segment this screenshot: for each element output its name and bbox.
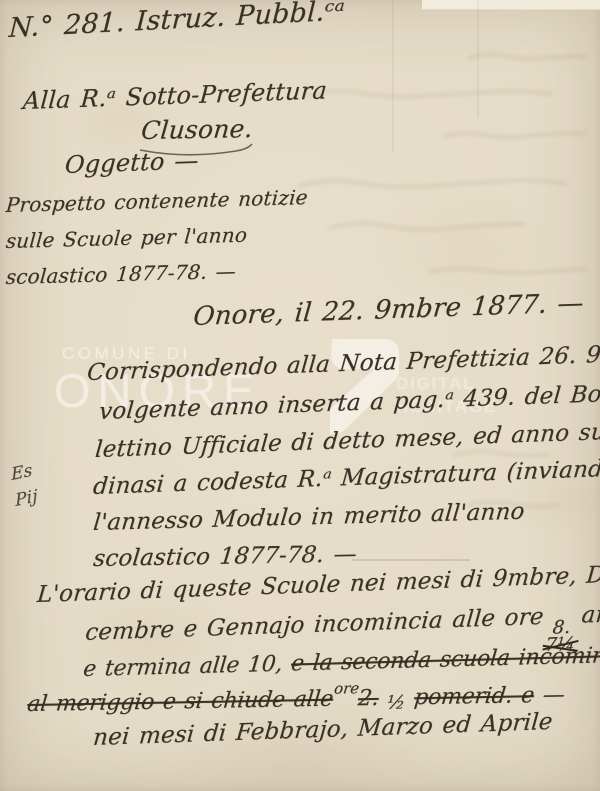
body-text: ant.ᵉ ½ xyxy=(580,599,600,628)
body-text: e termina alle 10, xyxy=(82,652,284,682)
body-text: ½ xyxy=(386,692,406,713)
addressee-place: Clusone. xyxy=(140,115,254,144)
protocol-number: N.° 281. Istruz. Pubbl.ᶜᵃ xyxy=(8,0,345,44)
subject-line: Prospetto contenente notizie xyxy=(5,186,309,216)
body-line: lettino Ufficiale di detto mese, ed anno… xyxy=(94,418,600,463)
date-line: Onore, il 22. 9mbre 1877. — xyxy=(192,289,585,331)
margin-note: Es xyxy=(11,461,33,484)
struck-text: al meriggio e si chiude alle xyxy=(26,687,334,717)
body-text: cembre e Gennajo incomincia alle ore xyxy=(84,604,545,646)
struck-text: 2. xyxy=(357,686,380,711)
body-line: nei mesi di Febbrajo, Marzo ed Aprile xyxy=(92,710,554,751)
margin-note: Pij xyxy=(15,487,39,511)
body-line: dinasi a codesta R.ᵃ Magistratura (invia… xyxy=(92,456,600,500)
manuscript-page: COMUNE DI ONORE DIGITAL HERITAGE N.° 281… xyxy=(0,0,600,791)
body-line: l'annesso Modulo in merito all'anno xyxy=(92,500,526,537)
subject-label: Oggetto — xyxy=(64,147,200,178)
inserted-word: ore xyxy=(333,679,360,697)
body-line: scolastico 1877-78. — xyxy=(92,542,358,572)
body-line: Corrispondendo alla Nota Prefettizia 26.… xyxy=(86,341,600,386)
subject-line: scolastico 1877-78. — xyxy=(5,260,237,288)
subject-line: sulle Scuole per l'anno xyxy=(5,224,248,252)
body-text: — xyxy=(541,683,565,708)
body-line: volgente anno inserta a pag.ᵃ 439. del B… xyxy=(98,382,600,425)
addressee-line: Alla R.ᵃ Sotto-Prefettura xyxy=(22,77,328,114)
struck-text: pomerid. e xyxy=(413,683,535,710)
paper-edge xyxy=(422,0,600,10)
